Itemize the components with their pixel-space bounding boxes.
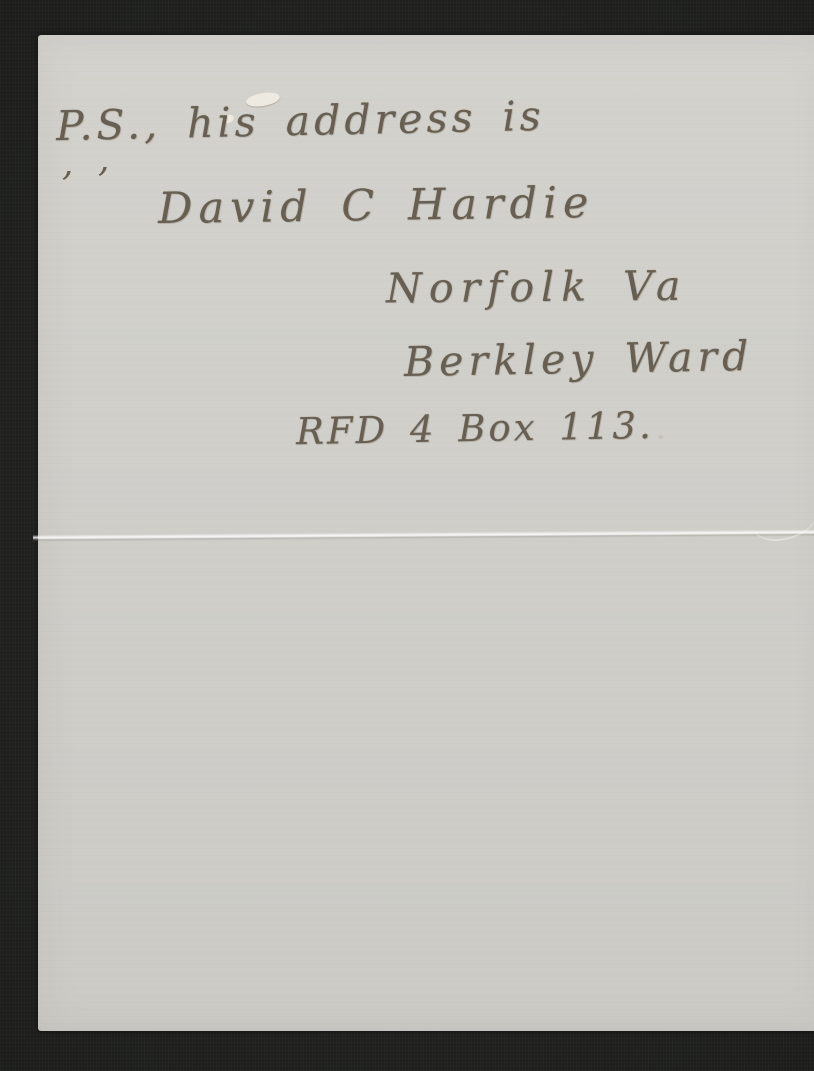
handwriting-line-name: David C Hardie	[158, 178, 595, 234]
ink-mark: ,	[62, 143, 73, 184]
handwriting-line-route-box: RFD 4 Box 113.	[296, 404, 654, 453]
handwriting-line-ward: Berkley Ward	[404, 332, 754, 386]
fold-crease	[33, 529, 814, 542]
handwriting-line-ps-address: P.S., his address is	[56, 92, 546, 150]
scan-background: P.S., his address is , , David C Hardie …	[0, 0, 814, 1071]
handwriting-line-city-state: Norfolk Va	[386, 262, 688, 313]
letter-page: P.S., his address is , , David C Hardie …	[38, 35, 814, 1031]
ink-mark: ,	[98, 139, 109, 180]
paper-speck	[658, 435, 663, 439]
